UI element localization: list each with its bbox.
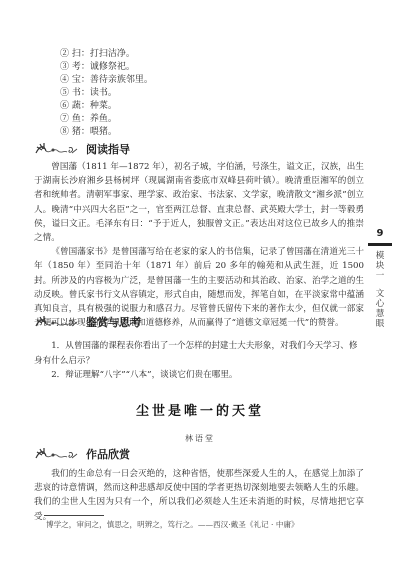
question-item: 2．辩证理解“八字”“八本”，谈谈它们贵在哪里。 bbox=[34, 368, 364, 383]
annotation-item: ⑤ 书：读书。 bbox=[60, 87, 153, 100]
theme-char: 眼 bbox=[368, 319, 392, 329]
section-title: 阅读指导 bbox=[86, 141, 130, 157]
paragraph: 曾国藩（1811 年—1872 年），初名子城，字伯涵，号涤生，谥文正，汉族，出… bbox=[34, 160, 364, 245]
article-author: 林语堂 bbox=[0, 433, 400, 444]
reading-guide-body: 曾国藩（1811 年—1872 年），初名子城，字伯涵，号涤生，谥文正，汉族，出… bbox=[34, 160, 364, 330]
annotation-list: ② 扫：打扫洁净。 ③ 考：诚修祭祀。 ④ 宝：善待亲族邻里。 ⑤ 书：读书。 … bbox=[60, 48, 153, 139]
article-title: 尘世是唯一的天堂 bbox=[0, 400, 400, 419]
module-char: 模 bbox=[368, 251, 392, 261]
question-list: 1．从曾国藩的课程表你看出了一个怎样的封建士大夫形象，对我们今天学习、修身有什么… bbox=[34, 339, 364, 383]
section-title: 作品欣赏 bbox=[86, 446, 130, 462]
theme-char: 文 bbox=[368, 289, 392, 299]
question-item: 1．从曾国藩的课程表你看出了一个怎样的封建士大夫形象，对我们今天学习、修身有什么… bbox=[34, 339, 364, 368]
annotation-item: ② 扫：打扫洁净。 bbox=[60, 48, 153, 61]
module-char: 块 bbox=[368, 261, 392, 271]
annotation-item: ⑧ 猪：喂猪。 bbox=[60, 126, 153, 139]
theme-char: 心 bbox=[368, 299, 392, 309]
annotation-item: ⑦ 鱼：养鱼。 bbox=[60, 113, 153, 126]
section-heading-work-appreciation: 作品欣赏 bbox=[34, 445, 130, 463]
footnote-divider bbox=[44, 515, 104, 516]
floral-ornament-icon bbox=[34, 446, 80, 462]
book-page: ② 扫：打扫洁净。 ③ 考：诚修祭祀。 ④ 宝：善待亲族邻里。 ⑤ 书：读书。 … bbox=[0, 0, 400, 562]
section-title: 鉴赏与思考 bbox=[86, 314, 141, 330]
annotation-item: ⑥ 蔬：种菜。 bbox=[60, 100, 153, 113]
annotation-item: ③ 考：诚修祭祀。 bbox=[60, 61, 153, 74]
theme-char: 慧 bbox=[368, 309, 392, 319]
tab-divider bbox=[368, 243, 392, 246]
footnote-quote: 博学之，审问之，慎思之，明辨之，笃行之。——西汉·戴圣《礼记 · 中庸》 bbox=[46, 519, 299, 530]
module-char: 一 bbox=[368, 271, 392, 281]
floral-ornament-icon bbox=[34, 141, 80, 157]
theme-label: 文 心 慧 眼 bbox=[368, 289, 392, 329]
annotation-item: ④ 宝：善待亲族邻里。 bbox=[60, 74, 153, 87]
floral-ornament-icon bbox=[34, 314, 80, 330]
section-heading-appreciation: 鉴赏与思考 bbox=[34, 313, 141, 331]
module-label: 模 块 一 bbox=[368, 251, 392, 281]
section-heading-reading-guide: 阅读指导 bbox=[34, 140, 130, 158]
side-chapter-tab: 9 模 块 一 文 心 慧 眼 bbox=[368, 228, 392, 329]
page-number: 9 bbox=[368, 228, 392, 239]
